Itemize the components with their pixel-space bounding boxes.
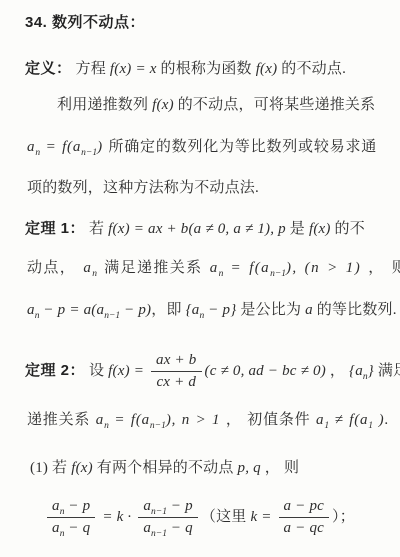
- math-run: − q: [167, 520, 193, 536]
- math-run: a: [210, 260, 219, 276]
- math-run: a: [52, 520, 60, 536]
- theorem2-line: 递推关系 an = f(an−1), n > 1 ， 初值条件 a1 ≠ f(a…: [27, 411, 389, 431]
- text-run: 满足: [374, 363, 400, 379]
- text-run: 的根称为函数: [157, 61, 256, 77]
- text-run: (1) 若: [30, 460, 71, 476]
- math-run: p, q: [238, 460, 261, 476]
- text-run: ，即: [151, 302, 185, 318]
- math-run: f(x): [309, 221, 331, 237]
- math-run: − p: [167, 498, 193, 514]
- fraction: ax + bcx + d: [151, 352, 201, 392]
- math-run: a: [143, 498, 151, 514]
- fraction: an − p an − q: [47, 498, 95, 538]
- math-expression: a1 ≠ f(a1 ): [316, 412, 384, 428]
- text-run: 的不动点.: [277, 61, 346, 77]
- equation-line: an − p an − q = k · an−1 − p an−1 − q （这…: [44, 498, 355, 538]
- fraction-numerator: an−1 − p: [138, 498, 198, 518]
- math-run: a: [143, 520, 151, 536]
- theorem1-label: 定理 1：: [25, 220, 85, 237]
- definition-label: 定义：: [25, 60, 72, 77]
- math-run: − p): [120, 302, 151, 318]
- fraction-numerator: an − p: [47, 498, 95, 518]
- math-expression: an: [83, 260, 97, 276]
- text-run: ，: [326, 363, 349, 379]
- math-run: = f(a: [40, 139, 81, 155]
- text-run: 的等比数列.: [313, 302, 397, 318]
- math-run: a: [27, 302, 35, 318]
- fraction: a − pca − qc: [279, 498, 329, 538]
- math-run: a: [305, 302, 313, 318]
- text-run: ， 则: [361, 260, 400, 276]
- paragraph-line: an = f(an−1) 所确定的数列化为等比数列或较易求通: [27, 138, 377, 158]
- text-run: （这里: [201, 509, 251, 525]
- subscript: n−1: [151, 529, 167, 539]
- text-run: 满足递推关系: [97, 260, 210, 276]
- math-expression: {an − p}: [186, 302, 237, 318]
- subscript: n−1: [151, 507, 167, 517]
- text-run: 若: [89, 221, 108, 237]
- math-expression: an − p = a(an−1 − p): [27, 302, 151, 318]
- fraction-denominator: an−1 − q: [138, 518, 198, 537]
- text-run: 是: [286, 221, 309, 237]
- text-run: 是公比为: [236, 302, 305, 318]
- math-run: f(x): [152, 97, 174, 113]
- subscript: n−1: [150, 421, 166, 431]
- math-run: − q: [64, 520, 90, 536]
- text-run: 有两个相异的不动点: [93, 460, 238, 476]
- text-run: 的不: [331, 221, 365, 237]
- paragraph-line: 利用递推数列 f(x) 的不动点，可将某些递推关系: [57, 96, 375, 116]
- theorem2-label: 定理 2：: [25, 362, 85, 379]
- subscript: n−1: [104, 311, 120, 321]
- math-run: k =: [250, 509, 275, 525]
- math-run: − p}: [204, 302, 236, 318]
- fraction-denominator: an − q: [47, 518, 95, 537]
- math-run: − p = a(a: [39, 302, 104, 318]
- math-run: a: [96, 412, 104, 428]
- text-run: .: [384, 412, 389, 428]
- math-run: p: [278, 221, 286, 237]
- fraction-denominator: cx + d: [151, 372, 201, 391]
- math-run: ): [97, 139, 108, 155]
- section-title: 34. 数列不动点：: [25, 13, 145, 33]
- math-expression: an = f(an−1): [27, 139, 108, 155]
- math-run: = f(a: [223, 260, 270, 276]
- math-run: a: [52, 498, 60, 514]
- theorem2-line: 定理 2：设 f(x) = ax + bcx + d(c ≠ 0, ad − b…: [25, 352, 400, 392]
- math-run: ≠ f(a: [329, 412, 368, 428]
- fraction: an−1 − p an−1 − q: [138, 498, 198, 538]
- text-run: 动点，: [27, 260, 83, 276]
- theorem1-line: 动点， an 满足递推关系 an = f(an−1), (n > 1) ， 则: [27, 259, 400, 279]
- math-expression: {an}: [349, 363, 374, 379]
- math-run: (c ≠ 0, ad − bc ≠ 0): [205, 363, 326, 379]
- math-run: = f(a: [109, 412, 150, 428]
- text-run: 项的数列，这种方法称为不动点法.: [27, 180, 259, 196]
- math-run: − p: [64, 498, 90, 514]
- math-run: a: [83, 260, 92, 276]
- fraction-numerator: ax + b: [151, 352, 201, 372]
- math-run: f(x) =: [108, 363, 148, 379]
- math-expression: an = f(an−1), (n > 1): [210, 260, 361, 276]
- math-run: f(x) = x: [110, 61, 157, 77]
- paragraph-line: 项的数列，这种方法称为不动点法.: [27, 179, 259, 199]
- subscript: n−1: [81, 148, 97, 158]
- math-expression: an = f(an−1), n > 1: [96, 412, 221, 428]
- math-run: ), n > 1: [166, 412, 221, 428]
- text-run: 递推关系: [27, 412, 96, 428]
- text-run: ， 则: [261, 460, 299, 476]
- math-run: {a: [349, 363, 363, 379]
- text-run: ， 初值条件: [220, 412, 316, 428]
- math-run: {a: [186, 302, 200, 318]
- text-run: ）；: [332, 509, 355, 525]
- math-run: f(x): [71, 460, 93, 476]
- subscript: n−1: [270, 269, 286, 279]
- text-run: 的不动点，可将某些递推关系: [174, 97, 376, 113]
- math-run: ): [373, 412, 384, 428]
- math-run: f(x): [256, 61, 278, 77]
- theorem1-line: an − p = a(an−1 − p)，即 {an − p} 是公比为 a 的…: [27, 301, 397, 321]
- math-run: f(x) = ax + b(a ≠ 0, a ≠ 1),: [108, 221, 274, 237]
- text-run: 利用递推数列: [57, 97, 152, 113]
- fraction-numerator: a − pc: [279, 498, 329, 518]
- text-run: 方程: [76, 61, 110, 77]
- theorem1-line: 定理 1：若 f(x) = ax + b(a ≠ 0, a ≠ 1), p 是 …: [25, 219, 365, 240]
- math-run: = k ·: [98, 509, 135, 525]
- text-run: 设: [89, 363, 108, 379]
- document-page: 34. 数列不动点： 定义：方程 f(x) = x 的根称为函数 f(x) 的不…: [0, 0, 400, 557]
- math-run: ), (n > 1): [286, 260, 361, 276]
- text-run: 所确定的数列化为等比数列或较易求通: [108, 139, 377, 155]
- case1-line: (1) 若 f(x) 有两个相异的不动点 p, q ， 则: [30, 459, 299, 479]
- definition-line: 定义：方程 f(x) = x 的根称为函数 f(x) 的不动点.: [25, 59, 346, 80]
- fraction-denominator: a − qc: [279, 518, 329, 537]
